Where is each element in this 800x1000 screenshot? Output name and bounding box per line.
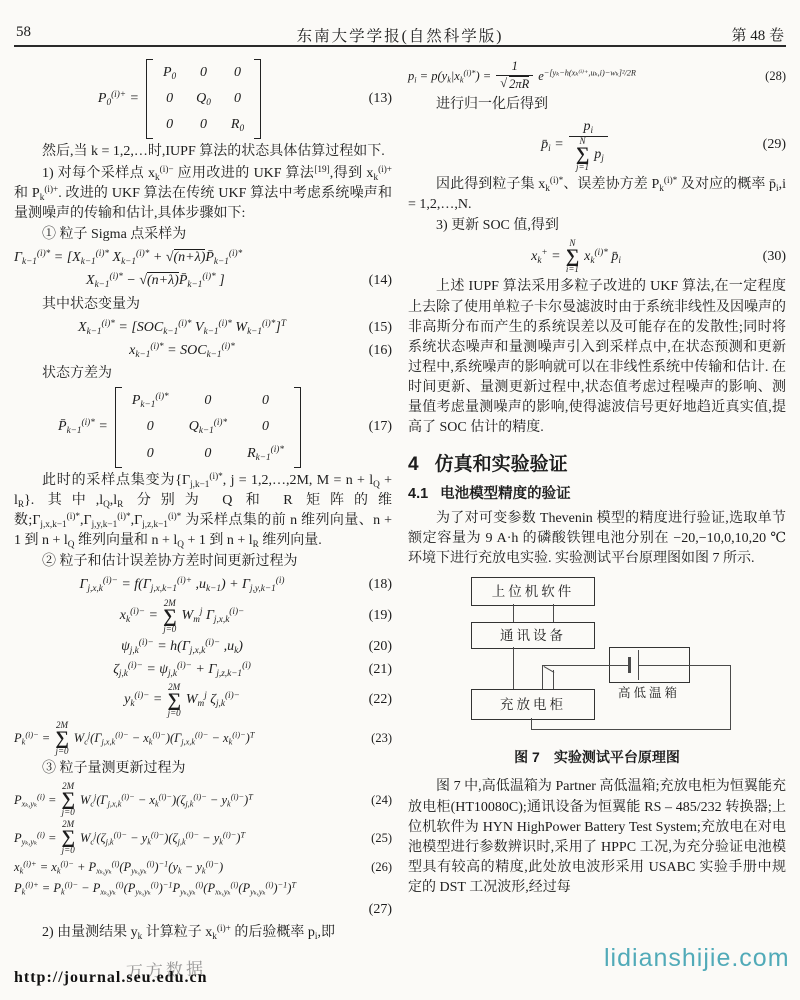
equation-number: (13) xyxy=(350,89,392,109)
box-label: 充放电柜 xyxy=(500,695,566,714)
paragraph: 1) 对每个采样点 xk(i)− 应用改进的 UKF 算法[19],得到 xk(… xyxy=(14,164,392,224)
fraction-denominator: N∑j=1 pj xyxy=(569,136,608,172)
equation-number: (24) xyxy=(350,791,392,809)
equation-28: pi = p(yk|xk(i)*) = 1√2πR e−[yₖ−h(xₖ⁽ⁱ⁾⁺… xyxy=(408,59,786,92)
equation-lhs: p̄i = xyxy=(541,135,564,155)
matrix-bracket-left xyxy=(146,59,153,139)
chamber-label: 高低温箱 xyxy=(603,684,695,702)
equation-27: Pk(i)+ = Pk(i)− − Pxₖ,yₖ(i)(Pyₖ,yₖ(i))−1… xyxy=(14,879,392,897)
equation-body: Xk−1(i)* = [SOCk−1(i)* Vk−1(i)* Wk−1(i)*… xyxy=(78,318,286,338)
matrix-cell: Rk−1(i)* xyxy=(247,444,284,464)
paragraph: 图 7 中,高低温箱为 Partner 高低温箱;充放电柜为恒翼能充放电柜(HT… xyxy=(408,777,786,898)
equation-lhs: P̄k−1(i)* = xyxy=(58,417,108,437)
equation-14-line1: Γk−1(i)* = [Xk−1(i)* Xk−1(i)* + √(n+λ)P̄… xyxy=(14,248,392,268)
left-column: P0(i)+ = P000 0Q00 00R0 (13) 然后,当 k = 1,… xyxy=(14,56,392,944)
lidianshijie-watermark: lidianshijie.com xyxy=(604,944,790,973)
sum-lower-limit: i=1 xyxy=(566,265,579,274)
equation-number: (25) xyxy=(350,829,392,847)
wire xyxy=(730,665,731,729)
sum-lower-limit: j=0 xyxy=(62,846,75,855)
right-column: pi = p(yk|xk(i)*) = 1√2πR e−[yₖ−h(xₖ⁽ⁱ⁾⁺… xyxy=(408,56,786,899)
section-heading: 4 仿真和实验验证 xyxy=(408,451,786,478)
matrix-cell: 0 xyxy=(163,89,176,109)
equation-number: (16) xyxy=(350,341,392,361)
matrix-cell: Q0 xyxy=(196,89,211,109)
matrix-cell: Pk−1(i)* xyxy=(132,391,169,411)
fraction-denominator: √2πR xyxy=(496,75,533,93)
equation-29: p̄i = pi N∑j=1 pj (29) xyxy=(408,118,786,172)
wire xyxy=(688,665,730,666)
equation-body: pj xyxy=(594,146,604,164)
summation: 2M∑j=0 xyxy=(55,721,69,756)
equation-14-line2: Xk−1(i)* − √(n+λ)P̄k−1(i)* ] (14) xyxy=(14,271,392,291)
equation-body: Wcj(ζj,k(i)− − yk(i)−)(ζj,k(i)− − yk(i)−… xyxy=(80,829,245,847)
battery-icon xyxy=(628,657,631,673)
equation-number: (29) xyxy=(744,135,786,155)
equation-body: xk(i)* p̄i xyxy=(584,247,621,267)
summation: 2M∑j=0 xyxy=(61,820,75,855)
wire xyxy=(542,665,609,666)
summation: 2M∑j=0 xyxy=(163,599,177,634)
subsection-number: 4.1 xyxy=(408,484,428,505)
lead-in-text: 状态方差为 xyxy=(14,364,392,384)
subsection-heading: 4.1 电池模型精度的验证 xyxy=(408,484,786,505)
summation: N∑i=1 xyxy=(566,239,580,274)
wire xyxy=(542,665,543,689)
box-label: 通讯设备 xyxy=(500,626,566,645)
lead-in-text: 进行归一化后得到 xyxy=(408,95,786,115)
wire xyxy=(513,604,514,622)
journal-page: { "symbols": {"sum": "∑", "sqrt": "√"}, … xyxy=(0,0,800,1000)
sum-lower-limit: j=0 xyxy=(163,625,176,634)
matrix-cell: 0 xyxy=(231,63,244,83)
journal-title: 东南大学学报(自然科学版) xyxy=(0,24,800,46)
equation-26: xk(i)+ = xk(i)− + Pxₖ,yₖ(i)(Pyₖ,yₖ(i))−1… xyxy=(14,858,392,876)
matrix: Pk−1(i)*00 0Qk−1(i)*0 00Rk−1(i)* xyxy=(115,387,301,467)
paragraph: 为了对可变参数 Thevenin 模型的精度进行验证,选取单节额定容量为 9 A… xyxy=(408,509,786,569)
fraction: pi N∑j=1 pj xyxy=(569,118,608,172)
equation-lhs: Pyₖ,yₖ(i) = xyxy=(14,829,56,847)
wire xyxy=(531,718,532,729)
sum-lower-limit: j=0 xyxy=(168,709,181,718)
equation-body: xk−1(i)* = SOCk−1(i)* xyxy=(129,341,235,361)
figure-box-comm-device: 通讯设备 xyxy=(471,622,595,649)
matrix-cell: 0 xyxy=(196,115,211,135)
equation-number: (26) xyxy=(350,858,392,876)
matrix-cell: 0 xyxy=(247,417,284,437)
equation-number: (21) xyxy=(350,660,392,680)
equation-body: Γj,x,k(i)− = f(Γj,x,k−1(i)+ ,uk−1) + Γj,… xyxy=(80,575,285,595)
summation: N∑j=1 xyxy=(576,137,590,172)
sum-lower-limit: j=0 xyxy=(62,808,75,817)
sum-lower-limit: j=1 xyxy=(576,163,589,172)
matrix-cell: 0 xyxy=(163,115,176,135)
equation-number: (15) xyxy=(350,318,392,338)
equation-20: ψj,k(i)− = h(Γj,x,k(i)− ,uk) (20) xyxy=(14,637,392,657)
equation-body: Pk(i)+ = Pk(i)− − Pxₖ,yₖ(i)(Pyₖ,yₖ(i))−1… xyxy=(14,879,296,897)
figure-box-charge-cabinet: 充放电柜 xyxy=(471,689,595,720)
equation-body: ζj,k(i)− = ψj,k(i)− + Γj,z,k−1(i) xyxy=(113,660,251,680)
step-title: ① 粒子 Sigma 点采样为 xyxy=(14,225,392,245)
equation-16: xk−1(i)* = SOCk−1(i)* (16) xyxy=(14,341,392,361)
wire xyxy=(553,604,554,622)
equation-18: Γj,x,k(i)− = f(Γj,x,k−1(i)+ ,uk−1) + Γj,… xyxy=(14,575,392,595)
equation-number: (17) xyxy=(350,417,392,437)
equation-number: (30) xyxy=(744,247,786,267)
equation-lhs: xk+ = xyxy=(531,247,561,267)
equation-body: ψj,k(i)− = h(Γj,x,k(i)− ,uk) xyxy=(121,637,243,657)
equation-13: P0(i)+ = P000 0Q00 00R0 (13) xyxy=(14,59,392,139)
equation-25: Pyₖ,yₖ(i) = 2M∑j=0 Wcj(ζj,k(i)− − yk(i)−… xyxy=(14,820,392,855)
battery-lead xyxy=(639,665,688,666)
battery-lead xyxy=(609,665,628,666)
equation-lhs: yk(i)− = xyxy=(124,690,162,710)
header-rule xyxy=(14,45,786,47)
matrix-cell: 0 xyxy=(189,391,227,411)
equation-lhs: xk(i)− = xyxy=(120,606,158,626)
matrix-cell: Qk−1(i)* xyxy=(189,417,227,437)
equation-number: (20) xyxy=(350,637,392,657)
equation-number: (19) xyxy=(350,606,392,626)
matrix-cell: 0 xyxy=(132,444,169,464)
wire xyxy=(531,729,731,730)
matrix-bracket-right xyxy=(254,59,261,139)
sigma-symbol: ∑ xyxy=(163,607,177,626)
equation-lhs: pi = p(yk|xk(i)*) = xyxy=(408,67,491,85)
box-label: 上位机软件 xyxy=(492,582,575,601)
equation-30: xk+ = N∑i=1 xk(i)* p̄i (30) xyxy=(408,239,786,274)
matrix-cell: P0 xyxy=(163,63,176,83)
paragraph: 此时的采样点集变为{Γj,k−1(i)*, j = 1,2,…,2M, M = … xyxy=(14,471,392,552)
matrix: P000 0Q00 00R0 xyxy=(146,59,261,139)
volume-number: 第 48 卷 xyxy=(731,24,784,45)
equation-17: P̄k−1(i)* = Pk−1(i)*00 0Qk−1(i)*0 00Rk−1… xyxy=(14,387,392,467)
equation-number: (23) xyxy=(350,729,392,747)
matrix-cell: 0 xyxy=(247,391,284,411)
equation-22: yk(i)− = 2M∑j=0 Wmj ζj,k(i)− (22) xyxy=(14,683,392,718)
paragraph: 因此得到粒子集 xk(i)*、误差协方差 Pk(i)* 及对应的概率 p̄i,i… xyxy=(408,175,786,215)
matrix-cell: R0 xyxy=(231,115,244,135)
equation-23: Pk(i)− = 2M∑j=0 Wcj(Γj,x,k(i)− − xk(i)−)… xyxy=(14,721,392,756)
equation-body: e−[yₖ−h(xₖ⁽ⁱ⁾⁺,uₖ,i)−wₖ]²/2R xyxy=(538,67,636,85)
figure-caption: 图 7 实验测试平台原理图 xyxy=(408,747,786,767)
journal-url-link[interactable]: http://journal.seu.edu.cn xyxy=(14,969,207,987)
equation-body: Xk−1(i)* − √(n+λ)P̄k−1(i)* ] xyxy=(86,271,225,291)
equation-body: Wmj Γj,x,k(i)− xyxy=(182,606,245,626)
figure-box-host-software: 上位机软件 xyxy=(471,577,595,606)
matrix-cell: 0 xyxy=(132,417,169,437)
equation-19: xk(i)− = 2M∑j=0 Wmj Γj,x,k(i)− (19) xyxy=(14,599,392,634)
equation-body: Γk−1(i)* = [Xk−1(i)* Xk−1(i)* + √(n+λ)P̄… xyxy=(14,248,242,268)
matrix-cell: 0 xyxy=(189,444,227,464)
fraction: 1√2πR xyxy=(496,59,533,92)
equation-number: (27) xyxy=(350,900,392,920)
matrix-cell: 0 xyxy=(231,89,244,109)
subsection-title: 电池模型精度的验证 xyxy=(440,484,571,505)
equation-21: ζj,k(i)− = ψj,k(i)− + Γj,z,k−1(i) (21) xyxy=(14,660,392,680)
matrix-bracket-right xyxy=(294,387,301,467)
equation-24: Pxₖ,yₖ(i) = 2M∑j=0 Wcj(Γj,x,k(i)− − xk(i… xyxy=(14,782,392,817)
section-title: 仿真和实验验证 xyxy=(435,451,568,478)
paragraph: 2) 由量测结果 yk 计算粒子 xk(i)+ 的后验概率 pi,即 xyxy=(14,923,392,943)
fraction-numerator: 1 xyxy=(508,59,522,75)
figure-7-diagram: 上位机软件 通讯设备 充放电柜 高低温箱 xyxy=(408,577,786,739)
equation-lhs: Pxₖ,yₖ(i) = xyxy=(14,791,56,809)
paragraph: 上述 IUPF 算法采用多粒子改进的 UKF 算法,在一定程度上去除了使用单粒子… xyxy=(408,277,786,438)
step-title: ③ 粒子量测更新过程为 xyxy=(14,759,392,779)
equation-number: (18) xyxy=(350,575,392,595)
equation-15: Xk−1(i)* = [SOCk−1(i)* Vk−1(i)* Wk−1(i)*… xyxy=(14,318,392,338)
matrix-bracket-left xyxy=(115,387,122,467)
equation-lhs: P0(i)+ = xyxy=(98,89,139,109)
sum-lower-limit: j=0 xyxy=(55,747,68,756)
equation-number: (28) xyxy=(744,67,786,85)
equation-body: Wcj(Γj,x,k(i)− − xk(i)−)(Γj,x,k(i)− − xk… xyxy=(74,729,255,747)
equation-27-label-row: (27) xyxy=(14,900,392,920)
equation-number: (22) xyxy=(350,690,392,710)
matrix-cell: 0 xyxy=(196,63,211,83)
step-title: ② 粒子和估计误差协方差时间更新过程为 xyxy=(14,552,392,572)
paragraph: 然后,当 k = 1,2,…时,IUPF 算法的状态具体估算过程如下. xyxy=(14,142,392,162)
equation-lhs: Pk(i)− = xyxy=(14,729,50,747)
wire xyxy=(513,647,514,689)
lead-in-text: 3) 更新 SOC 值,得到 xyxy=(408,216,786,236)
summation: 2M∑j=0 xyxy=(61,782,75,817)
summation: 2M∑j=0 xyxy=(167,683,181,718)
equation-body: Wmj ζj,k(i)− xyxy=(186,690,240,710)
section-number: 4 xyxy=(408,451,419,478)
equation-body: Wcj(Γj,x,k(i)− − xk(i)−)(ζj,k(i)− − yk(i… xyxy=(80,791,253,809)
equation-body: xk(i)+ = xk(i)− + Pxₖ,yₖ(i)(Pyₖ,yₖ(i))−1… xyxy=(14,858,223,876)
fraction-numerator: pi xyxy=(579,118,597,136)
equation-number: (14) xyxy=(350,271,392,291)
lead-in-text: 其中状态变量为 xyxy=(14,295,392,315)
